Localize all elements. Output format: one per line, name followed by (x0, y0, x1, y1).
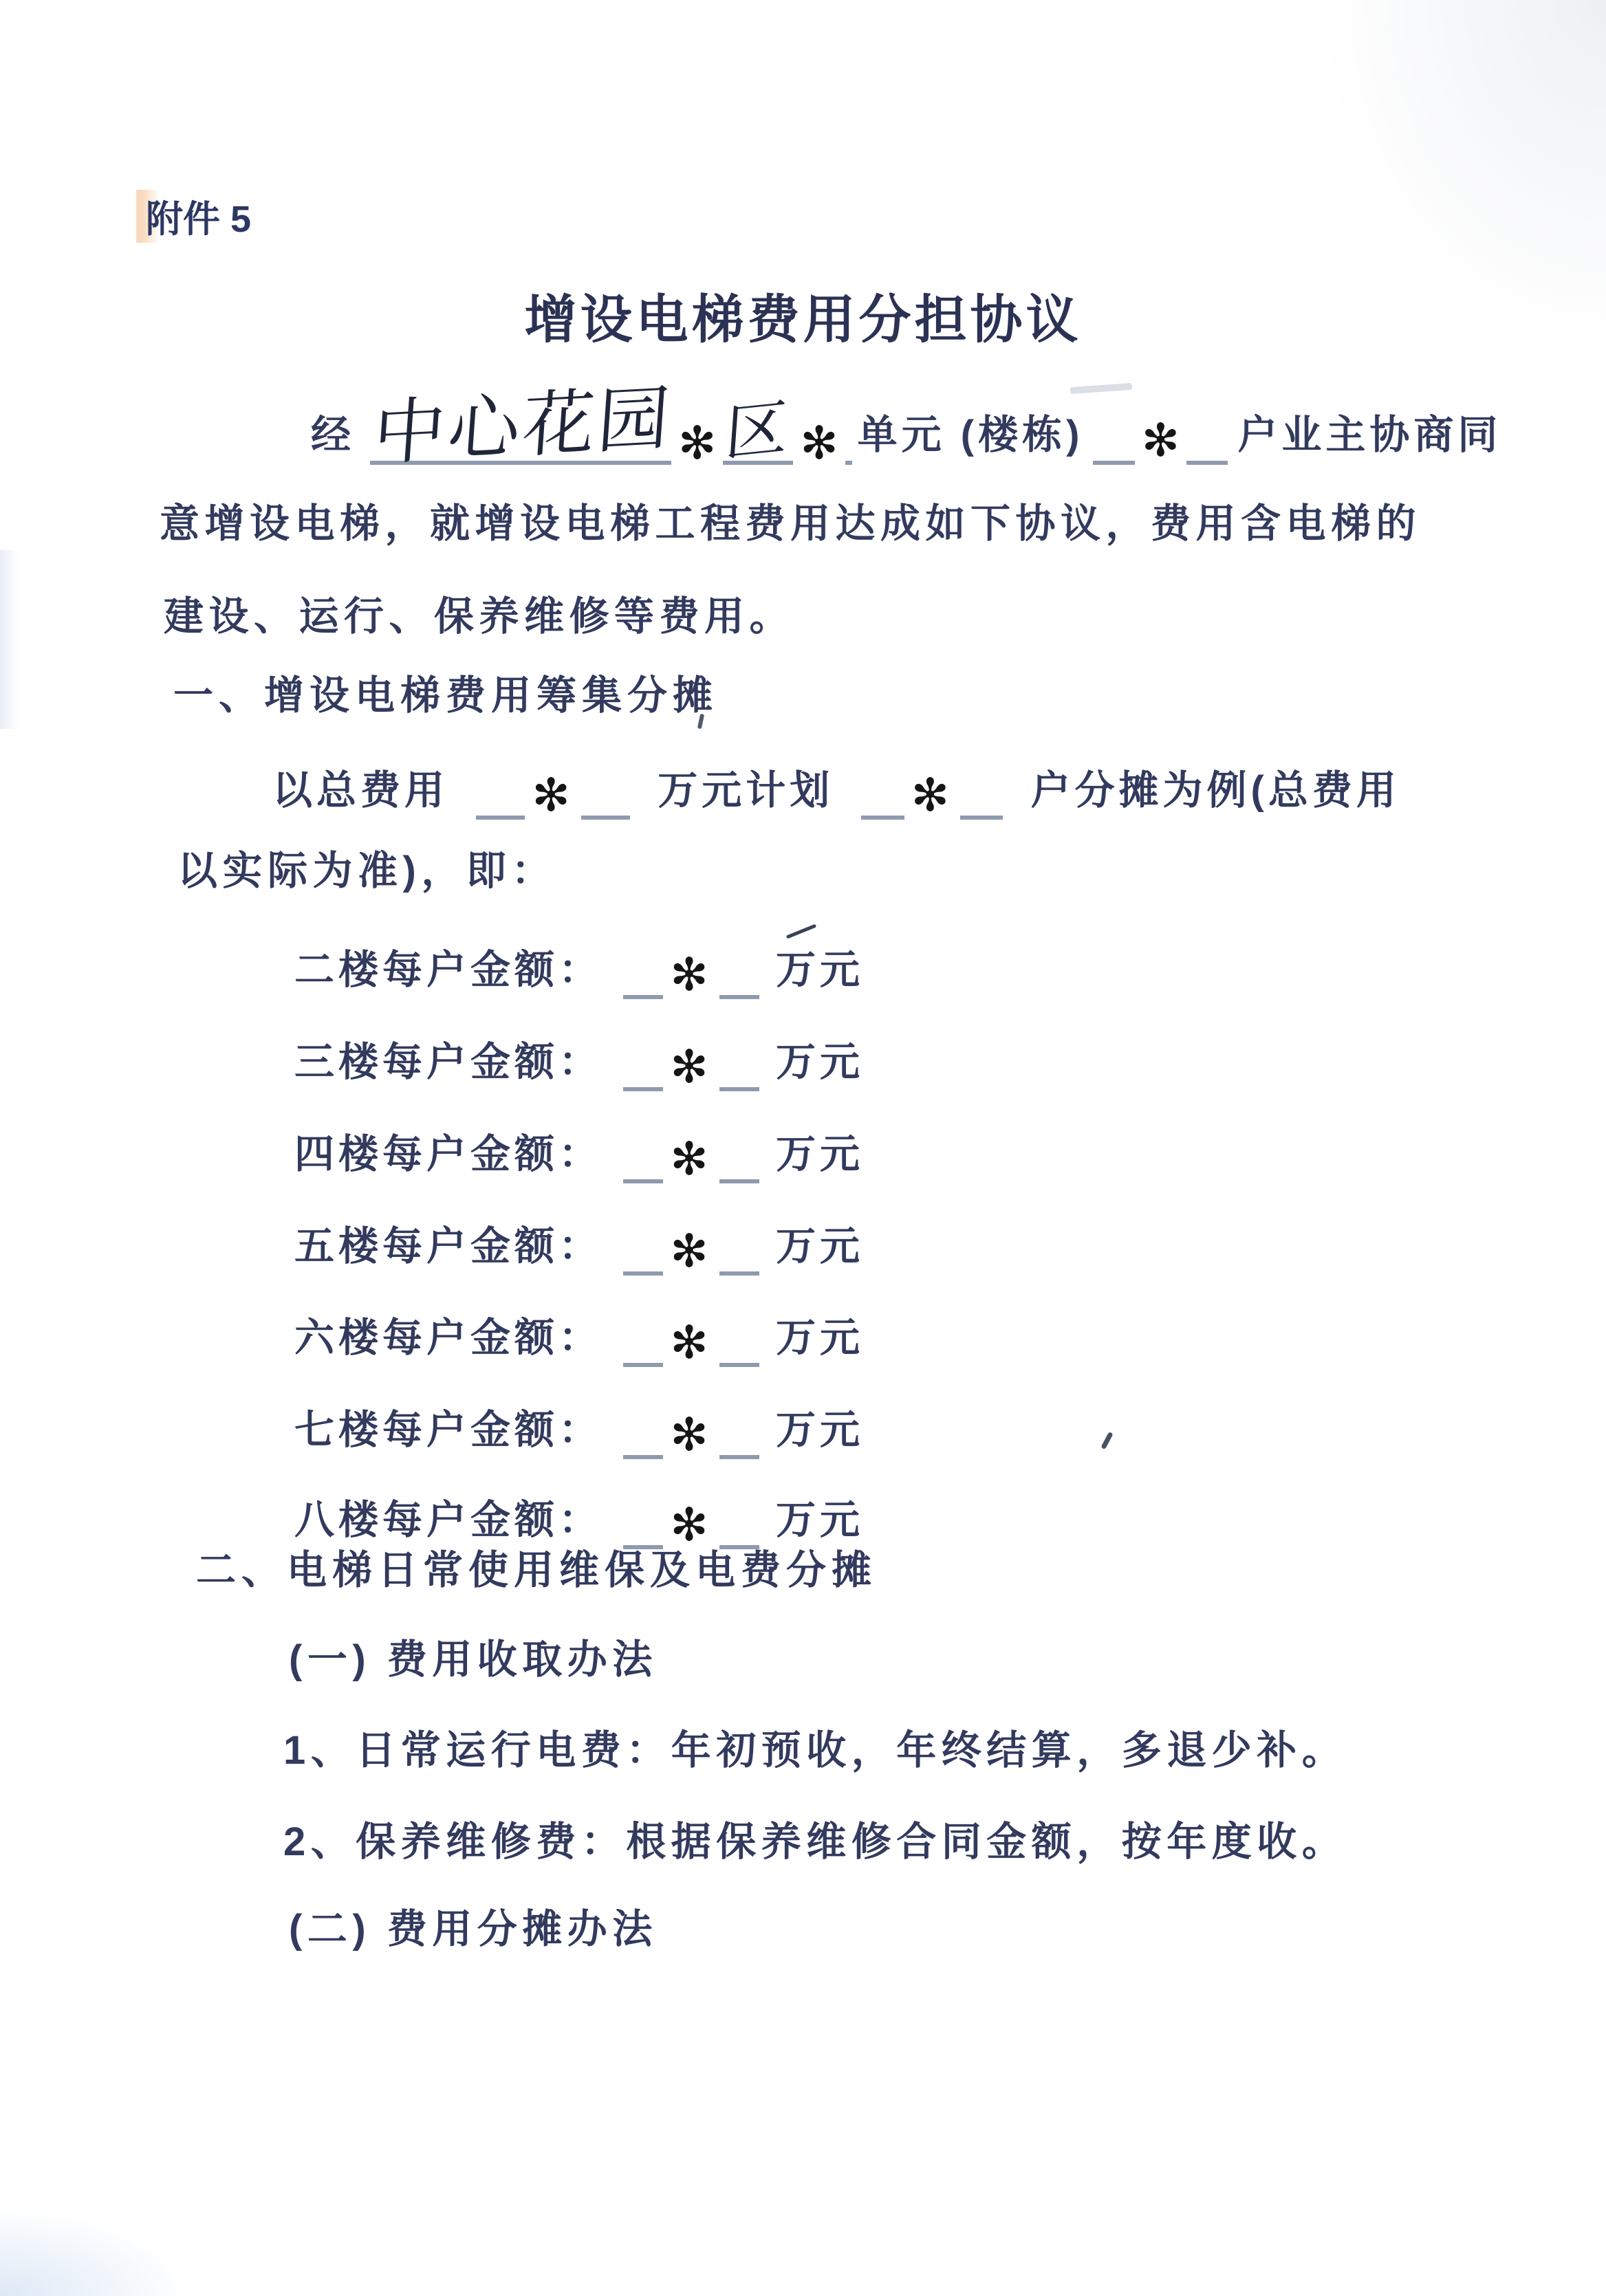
cost-line-continuation: 以实际为准)，即： (177, 851, 556, 891)
handwritten-community-name: 中心花园 (371, 387, 675, 467)
section-2-item-2: 2、保养维修费：根据保养维修合同金额，按年度收。 (283, 1822, 1347, 1862)
redaction-mask: ✻ (663, 1225, 719, 1278)
household-count-blank: ✻ (861, 762, 1003, 820)
amount-blank: ✻ (623, 1401, 759, 1459)
redaction-mask: ✻ (525, 769, 580, 822)
unit-label: 万元 (776, 948, 864, 992)
section-2-item-1: 1、日常运行电费：年初预收，年终结算，多退少补。 (283, 1731, 1347, 1771)
redaction-mask: ✻ (663, 948, 719, 1002)
floor-amount-row: 四楼每户金额：✻万元 (294, 1122, 864, 1183)
unit-label: 万元 (776, 1315, 864, 1360)
floor-amount-row: 二楼每户金额：✻万元 (294, 937, 864, 999)
cost-line-post: 户分摊为例(总费用 (1031, 768, 1400, 813)
section-2-sub-2: (二) 费用分摊办法 (289, 1910, 658, 1949)
unit-label: 万元 (776, 1408, 864, 1452)
cost-line-pre: 以总费用 (272, 768, 448, 813)
intro-unit-label: 单元 (楼栋) (858, 415, 1084, 465)
floor-amount-row: 六楼每户金额：✻万元 (294, 1305, 864, 1367)
fill-in-blank: ✻ (1093, 407, 1228, 465)
intro-prefix: 经 (311, 415, 355, 465)
amount-blank: ✻ (623, 1034, 759, 1091)
scanned-agreement-page: 附件 5 增设电梯费用分担协议 经 中心花园 ✻ 区 ✻ 单元 (楼栋) ✻ 户… (0, 0, 1606, 2296)
handwritten-district: 区 (724, 400, 793, 462)
intro-line-1: 经 中心花园 ✻ 区 ✻ 单元 (楼栋) ✻ 户业主协商同 (311, 355, 1501, 465)
section-1-heading: 一、增设电梯费用筹集分摊 (173, 676, 718, 716)
scan-smudge-bottom-left (0, 2213, 179, 2296)
redaction-mask: ✻ (663, 1316, 719, 1370)
redaction-mask: ✻ (671, 417, 723, 470)
pen-mark (1100, 1432, 1113, 1450)
redaction-mask: ✻ (663, 1408, 719, 1462)
attachment-label: 附件 5 (136, 190, 251, 243)
unit-label: 万元 (776, 1224, 864, 1269)
amount-blank: ✻ (623, 1309, 759, 1367)
amount-blank: ✻ (623, 1491, 759, 1549)
unit-label: 万元 (776, 1040, 864, 1084)
total-cost-line: 以总费用 ✻ 万元计划 ✻ 户分摊为例(总费用 (272, 758, 1400, 820)
amount-blank: ✻ (623, 1218, 759, 1276)
floor-amount-row: 三楼每户金额：✻万元 (294, 1029, 864, 1091)
floor-amount-row: 八楼每户金额：✻万元 (294, 1487, 864, 1549)
floor-amount-row: 七楼每户金额：✻万元 (294, 1397, 864, 1459)
redaction-mask: ✻ (663, 1133, 719, 1186)
floor-label: 三楼每户金额： (294, 1040, 603, 1084)
cost-line-mid: 万元计划 (658, 768, 834, 813)
redaction-mask: ✻ (793, 417, 845, 470)
intro-suffix: 户业主协商同 (1237, 415, 1501, 465)
redaction-mask: ✻ (904, 769, 960, 822)
floor-label: 七楼每户金额： (294, 1408, 603, 1452)
amount-blank: ✻ (623, 941, 759, 999)
unit-label: 万元 (776, 1132, 864, 1177)
amount-blank: ✻ (623, 1126, 759, 1183)
total-cost-blank: ✻ (476, 762, 630, 820)
section-2-sub-1: (一) 费用收取办法 (289, 1640, 658, 1680)
document-title: 增设电梯费用分担协议 (0, 278, 1606, 353)
floor-label: 八楼每户金额： (294, 1498, 603, 1542)
intro-line-3: 建设、运行、保养维修等费用。 (164, 597, 794, 637)
section-2-heading: 二、电梯日常使用维保及电费分摊 (196, 1551, 877, 1590)
handwritten-fill-in-segment: 中心花园 ✻ 区 ✻ (370, 395, 852, 465)
intro-line-2: 意增设电梯，就增设电梯工程费用达成如下协议，费用含电梯的 (160, 504, 1421, 544)
floor-label: 四楼每户金额： (294, 1132, 603, 1177)
floor-label: 六楼每户金额： (294, 1315, 603, 1360)
redaction-mask: ✻ (663, 1040, 719, 1094)
scan-shadow-left-edge (0, 550, 18, 729)
unit-label: 万元 (776, 1498, 864, 1542)
redaction-mask: ✻ (1135, 414, 1186, 468)
floor-amount-row: 五楼每户金额：✻万元 (294, 1214, 864, 1276)
floor-label: 五楼每户金额： (294, 1224, 603, 1269)
floor-label: 二楼每户金额： (294, 948, 603, 992)
redaction-mask: ✻ (663, 1498, 719, 1552)
